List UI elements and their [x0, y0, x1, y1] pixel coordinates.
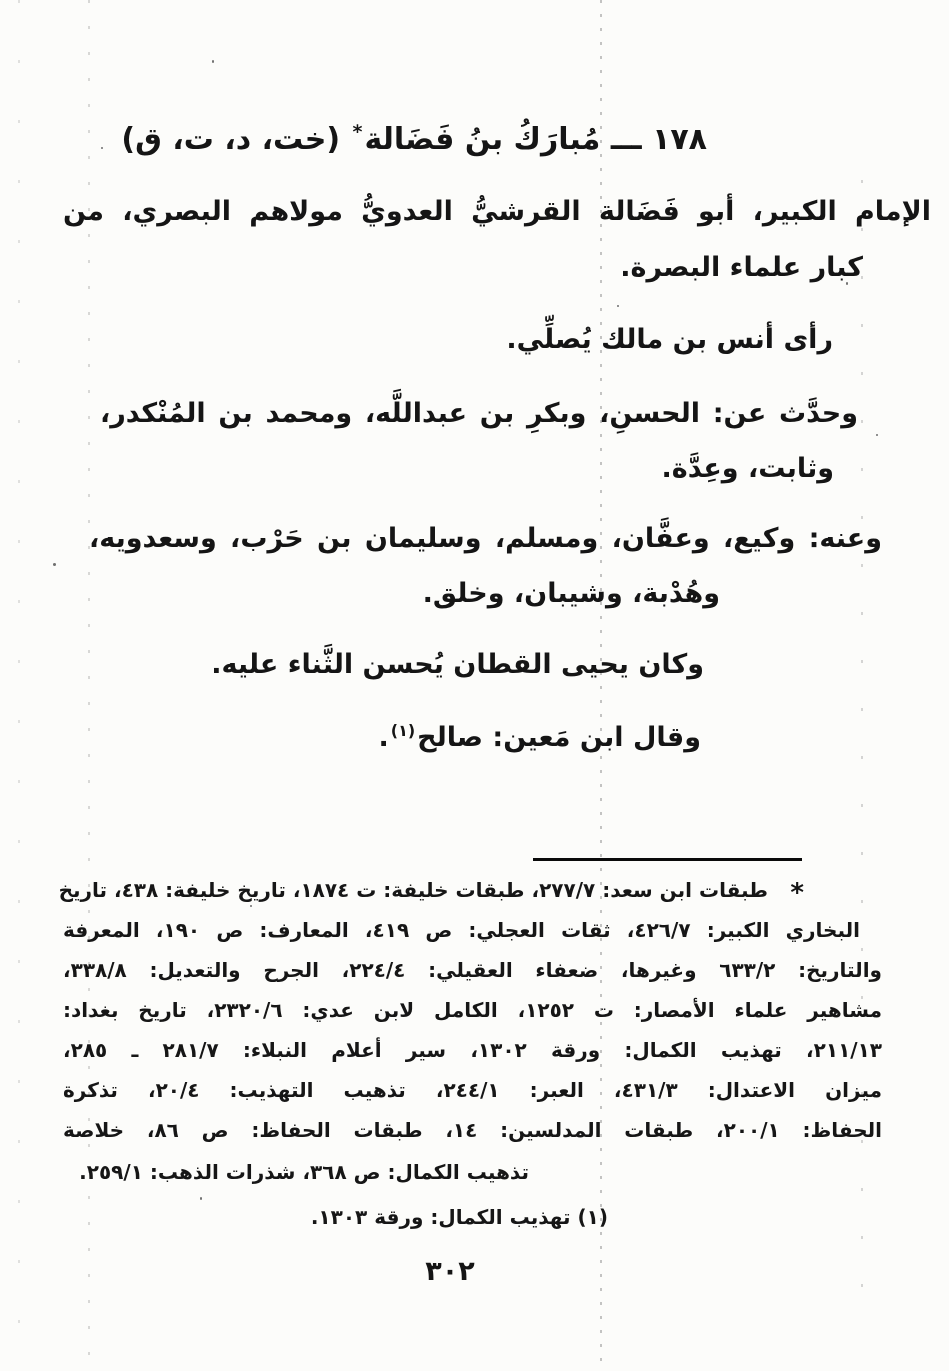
footnote-separator-rule [533, 858, 802, 861]
page-number: ٣٠٢ [391, 1256, 509, 1287]
footnote-line-2: البخاري الكبير: ٤٢٦/٧، ثقات العجلي: ص ٤١… [63, 914, 860, 946]
scan-fold-line-right [861, 180, 863, 1331]
scan-speckle [53, 563, 56, 566]
entry-footnote-star: * [353, 121, 363, 143]
footnote-1-marker: (١) [578, 1205, 609, 1229]
body-line-9-text: وقال ابن مَعين: صالح [417, 722, 701, 753]
footnote-line-4: مشاهير علماء الأمصار: ت ١٢٥٢، الكامل لاب… [63, 994, 882, 1026]
scan-speckle [250, 905, 252, 907]
footnote-line-5: ٢١١/١٣، تهذيب الكمال: ورقة ١٣٠٢، سير أعل… [63, 1034, 882, 1066]
body-line-5: وثابت، وعِدَّة. [662, 447, 834, 491]
scan-speckle [200, 1197, 202, 1200]
body-line-8: وكان يحيى القطان يُحسن الثَّناء عليه. [211, 643, 704, 687]
footnote-line-8: تذهيب الكمال: ص ٣٦٨، شذرات الذهب: ٢٥٩/١. [79, 1156, 529, 1188]
entry-heading: ١٧٨ ـــ مُبارَكُ بنُ فَضَالة* (خت، د، ت،… [121, 116, 707, 165]
entry-name: مُبارَكُ بنُ فَضَالة [364, 122, 600, 157]
footnote-line-3: والتاريخ: ٦٣٣/٢ وغيرها، ضعفاء العقيلي: ٢… [63, 954, 882, 986]
entry-hadith-symbols: (خت، د، ت، ق) [121, 122, 340, 157]
scan-fold-line-far-left [18, 0, 20, 1371]
scan-speckle [101, 147, 103, 149]
footnote-line-1: طبقات ابن سعد: ٢٧٧/٧، طبقات خليفة: ت ١٨٧… [63, 874, 768, 906]
scan-speckle [212, 60, 214, 63]
body-line-1: الإمام الكبير، أبو فَضَالة القرشيُّ العد… [63, 190, 931, 234]
scan-speckle [846, 282, 848, 285]
body-line-9: وقال ابن مَعين: صالح(١). [379, 716, 701, 760]
scanned-book-page: ١٧٨ ـــ مُبارَكُ بنُ فَضَالة* (خت، د، ت،… [0, 0, 949, 1371]
body-line-6: وعنه: وكيع، وعفَّان، ومسلم، وسليمان بن ح… [89, 517, 882, 561]
body-line-9-period: . [379, 722, 389, 753]
footnote-line-7: الحفاظ: ٢٠٠/١، طبقات المدلسين: ١٤، طبقات… [63, 1114, 882, 1146]
footnote-1-text: تهذيب الكمال: ورقة ١٣٠٣. [311, 1205, 571, 1229]
entry-number: ١٧٨ [652, 122, 707, 157]
footnote-1: (١) تهذيب الكمال: ورقة ١٣٠٣. [311, 1201, 608, 1233]
body-line-4: وحدَّث عن: الحسنِ، وبكرِ بن عبداللَّه، و… [100, 392, 858, 436]
body-line-2: كبار علماء البصرة. [620, 246, 863, 290]
footnote-line-6: ميزان الاعتدال: ٤٣١/٣، العبر: ٢٤٤/١، تذه… [63, 1074, 882, 1106]
footnote-1-reference: (١) [391, 721, 415, 740]
footnote-asterisk-marker: * [790, 878, 804, 908]
body-line-3: رأى أنس بن مالك يُصلِّي. [506, 318, 833, 362]
scan-speckle [617, 305, 619, 307]
entry-dash: ـــ [611, 122, 642, 157]
body-line-7: وهُدْبة، وشيبان، وخلق. [423, 572, 720, 616]
scan-speckle [876, 434, 878, 436]
